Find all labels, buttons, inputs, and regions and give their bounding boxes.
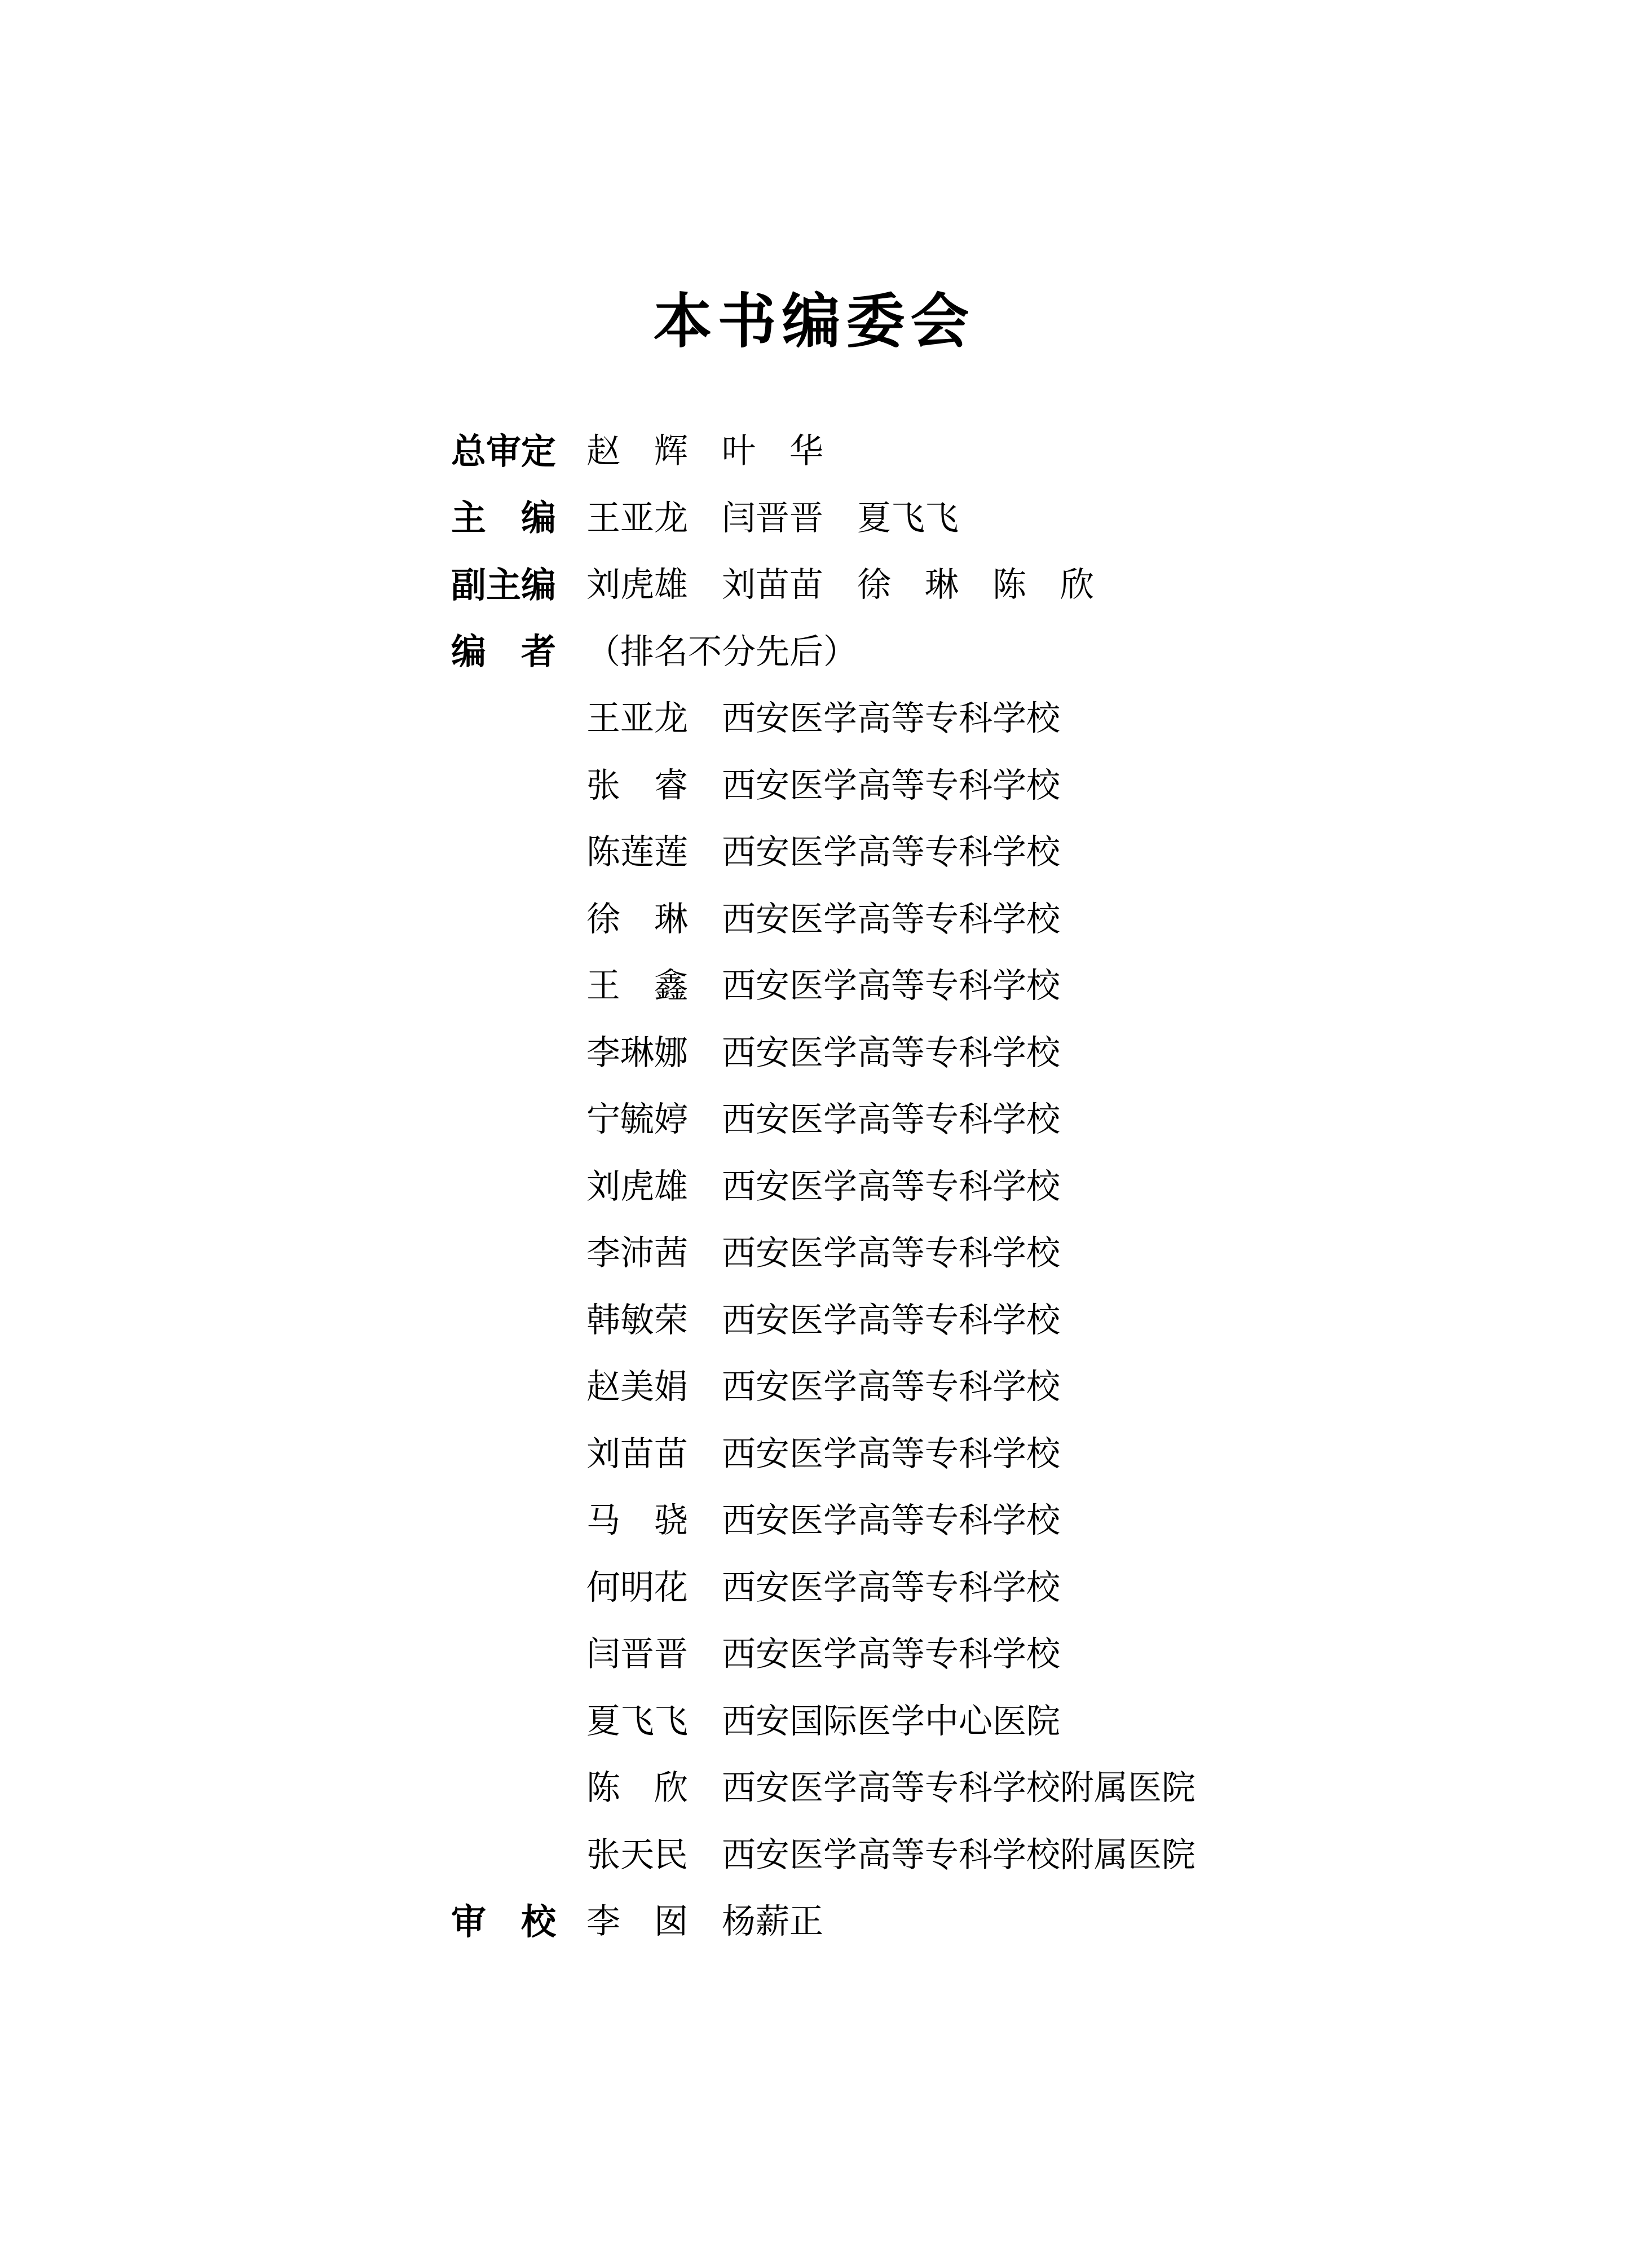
editor-name: 王 鑫	[586, 959, 722, 1007]
book-committee-page: 本书编委会 总审定赵 辉 叶 华主 编王亚龙 闫晋晋 夏飞飞副主编刘虎雄 刘苗苗…	[0, 0, 1628, 2268]
row-names: 赵 辉 叶 华	[586, 424, 823, 473]
editor-name: 刘苗苗	[586, 1427, 722, 1476]
editor-name: 徐 琳	[586, 892, 722, 941]
editor-affiliation: 西安医学高等专科学校	[722, 1026, 1060, 1074]
row-label: 副主编	[451, 557, 586, 607]
editor-row: 徐 琳西安医学高等专科学校	[451, 883, 1523, 950]
editor-affiliation: 西安医学高等专科学校	[722, 1160, 1060, 1208]
editor-list: 王亚龙西安医学高等专科学校张 睿西安医学高等专科学校陈莲莲西安医学高等专科学校徐…	[451, 682, 1523, 1886]
editor-row: 夏飞飞西安国际医学中心医院	[451, 1685, 1523, 1752]
editor-name: 赵美娟	[586, 1360, 722, 1408]
row-names: （排名不分先后）	[586, 625, 857, 673]
committee-row: 总审定赵 辉 叶 华	[451, 415, 1523, 482]
editor-affiliation: 西安医学高等专科学校	[722, 692, 1060, 740]
editor-name: 张 睿	[586, 759, 722, 807]
editor-name: 王亚龙	[586, 692, 722, 740]
editor-row: 王亚龙西安医学高等专科学校	[451, 682, 1523, 750]
committee-row: 主 编王亚龙 闫晋晋 夏飞飞	[451, 482, 1523, 549]
editor-affiliation: 西安医学高等专科学校	[722, 1627, 1060, 1676]
committee-content: 总审定赵 辉 叶 华主 编王亚龙 闫晋晋 夏飞飞副主编刘虎雄 刘苗苗 徐 琳 陈…	[451, 415, 1523, 1953]
editor-name: 刘虎雄	[586, 1160, 722, 1208]
editor-affiliation: 西安医学高等专科学校	[722, 892, 1060, 941]
editor-name: 李琳娜	[586, 1026, 722, 1074]
editor-affiliation: 西安医学高等专科学校	[722, 1226, 1060, 1275]
editor-name: 闫晋晋	[586, 1627, 722, 1676]
editor-affiliation: 西安医学高等专科学校	[722, 1427, 1060, 1476]
editor-name: 李沛茜	[586, 1226, 722, 1275]
editor-row: 张 睿西安医学高等专科学校	[451, 750, 1523, 817]
editor-row: 李沛茜西安医学高等专科学校	[451, 1217, 1523, 1284]
editor-row: 闫晋晋西安医学高等专科学校	[451, 1618, 1523, 1685]
editor-name: 陈莲莲	[586, 825, 722, 874]
row-names: 王亚龙 闫晋晋 夏飞飞	[586, 491, 959, 540]
editor-affiliation: 西安医学高等专科学校	[722, 1360, 1060, 1408]
page-title: 本书编委会	[0, 289, 1628, 356]
editor-affiliation: 西安医学高等专科学校附属医院	[722, 1828, 1195, 1877]
editor-row: 王 鑫西安医学高等专科学校	[451, 950, 1523, 1017]
editor-affiliation: 西安医学高等专科学校	[722, 1093, 1060, 1141]
row-label: 编 者	[451, 624, 586, 674]
editor-row: 陈 欣西安医学高等专科学校附属医院	[451, 1752, 1523, 1819]
editor-affiliation: 西安医学高等专科学校	[722, 1494, 1060, 1542]
editor-affiliation: 西安医学高等专科学校	[722, 759, 1060, 807]
editor-name: 张天民	[586, 1828, 722, 1877]
editor-affiliation: 西安医学高等专科学校	[722, 1561, 1060, 1609]
editor-row: 李琳娜西安医学高等专科学校	[451, 1017, 1523, 1084]
editor-row: 刘苗苗西安医学高等专科学校	[451, 1418, 1523, 1485]
editor-row: 赵美娟西安医学高等专科学校	[451, 1351, 1523, 1418]
editor-row: 何明花西安医学高等专科学校	[451, 1552, 1523, 1619]
row-label: 总审定	[451, 424, 586, 474]
editor-affiliation: 西安医学高等专科学校	[722, 959, 1060, 1007]
review-names: 李 囡 杨薪正	[586, 1895, 823, 1943]
editor-row: 陈莲莲西安医学高等专科学校	[451, 816, 1523, 883]
editor-affiliation: 西安医学高等专科学校	[722, 825, 1060, 874]
editor-affiliation: 西安国际医学中心医院	[722, 1694, 1060, 1743]
editor-row: 宁毓婷西安医学高等专科学校	[451, 1084, 1523, 1151]
editor-name: 夏飞飞	[586, 1694, 722, 1743]
committee-header-rows: 总审定赵 辉 叶 华主 编王亚龙 闫晋晋 夏飞飞副主编刘虎雄 刘苗苗 徐 琳 陈…	[451, 415, 1523, 682]
editor-affiliation: 西安医学高等专科学校附属医院	[722, 1761, 1195, 1809]
editor-name: 宁毓婷	[586, 1093, 722, 1141]
review-label: 审 校	[451, 1894, 586, 1944]
committee-row: 编 者（排名不分先后）	[451, 616, 1523, 683]
row-names: 刘虎雄 刘苗苗 徐 琳 陈 欣	[586, 558, 1094, 606]
review-row: 审 校 李 囡 杨薪正	[451, 1886, 1523, 1953]
editor-name: 何明花	[586, 1561, 722, 1609]
editor-affiliation: 西安医学高等专科学校	[722, 1293, 1060, 1342]
committee-row: 副主编刘虎雄 刘苗苗 徐 琳 陈 欣	[451, 549, 1523, 616]
editor-row: 马 骁西安医学高等专科学校	[451, 1485, 1523, 1552]
editor-name: 韩敏荣	[586, 1293, 722, 1342]
editor-row: 张天民西安医学高等专科学校附属医院	[451, 1819, 1523, 1886]
editor-row: 韩敏荣西安医学高等专科学校	[451, 1284, 1523, 1351]
editor-row: 刘虎雄西安医学高等专科学校	[451, 1151, 1523, 1218]
editor-name: 马 骁	[586, 1494, 722, 1542]
row-label: 主 编	[451, 490, 586, 540]
editor-name: 陈 欣	[586, 1761, 722, 1809]
